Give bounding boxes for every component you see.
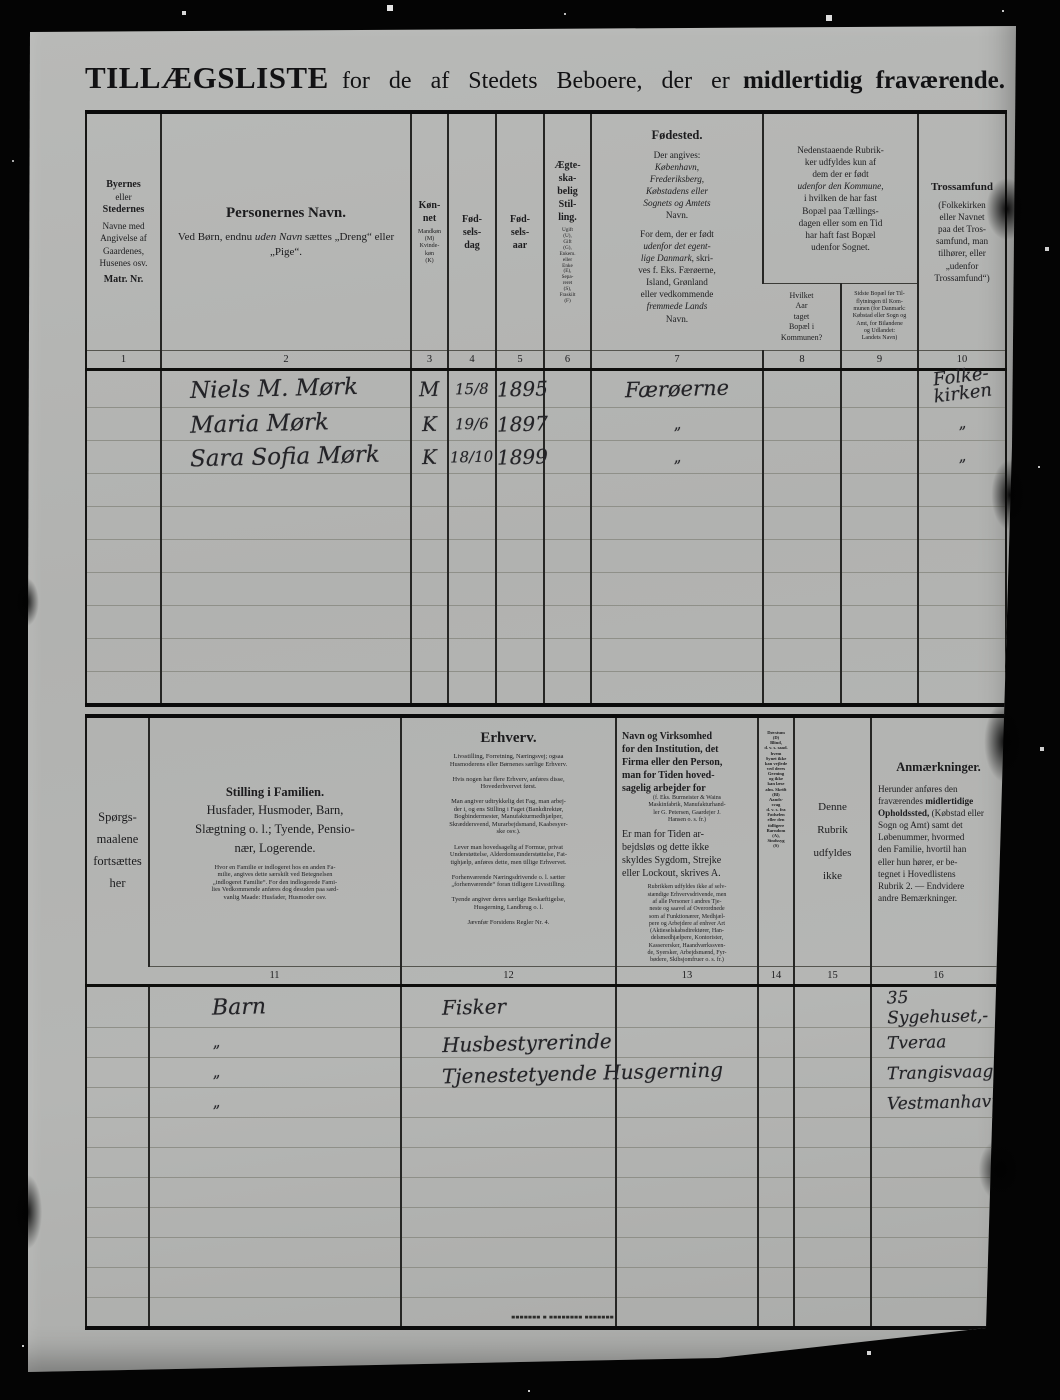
table-row: [86, 507, 1006, 540]
scan-smudge: [984, 446, 1036, 544]
cell-status: [544, 474, 591, 507]
cell-family: [149, 1118, 401, 1148]
scan-smudge: [6, 1160, 48, 1264]
cell-employer: [616, 986, 758, 1028]
cell-denomination: „: [918, 408, 1006, 441]
title-tail: midlertidig fraværende.: [743, 67, 1005, 95]
table-row: Maria MørkK19/61897„„: [86, 408, 1006, 441]
cell-day: [448, 474, 496, 507]
cell-family: „: [149, 1058, 401, 1088]
cell-employer: [616, 1088, 758, 1118]
cell-day: [448, 606, 496, 639]
cell-year: [496, 507, 544, 540]
cell-day: [448, 672, 496, 705]
cell-status: [544, 441, 591, 474]
cell-family: [149, 1298, 401, 1328]
col-num: 4: [448, 351, 496, 370]
cell-remarks: Vestmanhavn: [871, 1088, 1006, 1118]
col-header-last-residence: Sidste Bopæl før Til- flytningen til Kom…: [841, 284, 918, 351]
cell-blank: [794, 1028, 871, 1058]
cell-name: [161, 606, 411, 639]
col-header-sex: Køn- net Mandkøn (M) Kvinde- køn (K): [411, 112, 448, 351]
cell-family: „: [149, 1028, 401, 1058]
cell-year_moved: [763, 474, 841, 507]
cell-matr: [86, 672, 161, 705]
col-num: 12: [401, 967, 616, 986]
cell-name: Maria Mørk: [161, 408, 411, 441]
cell-occupation: Fisker: [401, 986, 616, 1028]
table-row: [86, 1148, 1006, 1178]
col-num: 15: [794, 967, 871, 986]
cell-year_moved: [763, 507, 841, 540]
cell-denomination: [918, 573, 1006, 606]
table-row: [86, 1268, 1006, 1298]
cell-spacer: [86, 1298, 149, 1328]
handwritten-entry: Fisker: [442, 994, 507, 1020]
cell-year_moved: [763, 540, 841, 573]
cell-employer: [616, 1148, 758, 1178]
column-numbers-row: 11 12 13 14 15 16: [86, 967, 1006, 986]
cell-birthplace: [591, 540, 763, 573]
table-row: [86, 639, 1006, 672]
col-num: 11: [149, 967, 401, 986]
cell-disability: [758, 1118, 794, 1148]
cell-birthplace: [591, 573, 763, 606]
scan-smudge: [976, 686, 1034, 798]
cell-spacer: [86, 1118, 149, 1148]
col-header-birthyear: Fød- sels- aar: [496, 112, 544, 351]
handwritten-entry: 19/6: [455, 414, 489, 433]
cell-day: [448, 573, 496, 606]
col-header-marital-status: Ægte- ska- belig Stil- ling. Ugift (U), …: [544, 112, 591, 351]
handwritten-entry: Folke- kirken: [931, 365, 993, 406]
continuation-table: Spørgs- maalene fortsættes her Stilling …: [85, 714, 1007, 1330]
cell-spacer: [86, 1178, 149, 1208]
handwritten-entry: Husbestyrerinde: [442, 1028, 612, 1056]
cell-birthplace: [591, 639, 763, 672]
cell-spacer: [86, 1268, 149, 1298]
table-row: BarnFisker35 Sygehuset,-: [86, 986, 1006, 1028]
cell-matr: [86, 540, 161, 573]
cell-disability: [758, 986, 794, 1028]
col-num: 13: [616, 967, 758, 986]
col-num: 5: [496, 351, 544, 370]
cell-last_residence: [841, 540, 918, 573]
cell-sex: [411, 507, 448, 540]
cell-employer: [616, 1208, 758, 1238]
cell-name: [161, 672, 411, 705]
cell-matr: [86, 573, 161, 606]
cell-occupation: Tjenestetyende Husgerning: [401, 1058, 616, 1088]
table-row: [86, 474, 1006, 507]
cell-spacer: [86, 1208, 149, 1238]
cell-status: [544, 540, 591, 573]
col-header-year-moved: Hvilket Aar taget Bopæl i Kommunen?: [763, 284, 841, 351]
continuation-table-body: BarnFisker35 Sygehuset,-„Husbestyrerinde…: [86, 986, 1006, 1328]
col-num: 14: [758, 967, 794, 986]
cell-denomination: [918, 540, 1006, 573]
handwritten-entry: 1899: [497, 444, 548, 469]
cell-blank: [794, 1118, 871, 1148]
cell-last_residence: [841, 606, 918, 639]
page-title: TILLÆGSLISTE for de af Stedets Beboere, …: [85, 60, 1005, 96]
title-middle: for de af Stedets Beboere, der er: [342, 68, 730, 95]
handwritten-entry: Niels M. Mørk: [190, 374, 359, 404]
cell-remarks: [871, 1268, 1006, 1298]
cell-matr: [86, 474, 161, 507]
printer-imprint: ▄▄▄▄▄▄▄ ▄ ▄▄▄▄▄▄▄▄ ▄▄▄▄▄▄▄: [478, 1313, 648, 1318]
handwritten-entry: Tveraa: [887, 1032, 947, 1053]
cell-spacer: [86, 1148, 149, 1178]
table-row: „HusbestyrerindeTveraa: [86, 1028, 1006, 1058]
cell-spacer: [86, 1058, 149, 1088]
cell-name: [161, 474, 411, 507]
cell-spacer: [86, 1028, 149, 1058]
cell-last_residence: [841, 441, 918, 474]
cell-spacer: [86, 986, 149, 1028]
handwritten-entry: 35 Sygehuset,-: [887, 986, 1006, 1029]
cell-year_moved: [763, 606, 841, 639]
cell-disability: [758, 1088, 794, 1118]
table-row: [86, 606, 1006, 639]
cell-occupation: [401, 1178, 616, 1208]
cell-birthplace: Færøerne: [591, 370, 763, 408]
table-row: „Vestmanhavn: [86, 1088, 1006, 1118]
cell-name: [161, 540, 411, 573]
col-header-birthday: Fød- sels- dag: [448, 112, 496, 351]
cell-birthplace: [591, 507, 763, 540]
cell-blank: [794, 1208, 871, 1238]
dust-specks: [0, 0, 2, 2]
title-lead: TILLÆGSLISTE: [85, 60, 329, 96]
handwritten-entry: Barn: [212, 994, 267, 1020]
cell-disability: [758, 1298, 794, 1328]
table-row: „Tjenestetyende HusgerningTrangisvaag: [86, 1058, 1006, 1088]
cell-family: [149, 1148, 401, 1178]
cell-year_moved: [763, 672, 841, 705]
cell-status: [544, 573, 591, 606]
cell-employer: [616, 1118, 758, 1148]
cell-sex: [411, 474, 448, 507]
handwritten-entry: 15/8: [455, 379, 489, 398]
cell-denomination: [918, 606, 1006, 639]
handwritten-entry: Trangisvaag: [887, 1061, 994, 1084]
cell-year: [496, 606, 544, 639]
table-row: [86, 573, 1006, 606]
handwritten-entry: „: [672, 447, 682, 466]
handwritten-entry: „: [211, 1093, 221, 1112]
table-row: [86, 1178, 1006, 1208]
cell-last_residence: [841, 507, 918, 540]
handwritten-entry: Sara Sofia Mørk: [190, 442, 380, 473]
cell-sex: [411, 606, 448, 639]
scanned-census-page: TILLÆGSLISTE for de af Stedets Beboere, …: [28, 26, 1018, 1374]
persons-table: Byernes eller Stedernes Navne med Angive…: [85, 110, 1007, 707]
cell-matr: [86, 441, 161, 474]
cell-family: Barn: [149, 986, 401, 1028]
cell-year: [496, 639, 544, 672]
cell-year: [496, 474, 544, 507]
cell-sex: K: [411, 408, 448, 441]
cell-employer: [616, 1238, 758, 1268]
handwritten-entry: 1897: [497, 411, 548, 436]
cell-matr: [86, 408, 161, 441]
table-row: [86, 1208, 1006, 1238]
handwritten-entry: „: [211, 1033, 221, 1052]
cell-employer: [616, 1178, 758, 1208]
handwritten-entry: 1895: [497, 376, 548, 401]
col-num: 6: [544, 351, 591, 370]
cell-occupation: [401, 1088, 616, 1118]
scan-smudge: [978, 166, 1036, 252]
cell-name: [161, 507, 411, 540]
cell-year_moved: [763, 370, 841, 408]
cell-blank: [794, 1148, 871, 1178]
cell-year: [496, 573, 544, 606]
cell-status: [544, 507, 591, 540]
table-row: Niels M. MørkM15/81895FærøerneFolke- kir…: [86, 370, 1006, 408]
cell-sex: M: [411, 370, 448, 408]
cell-birthplace: [591, 606, 763, 639]
cell-sex: K: [411, 441, 448, 474]
cell-blank: [794, 986, 871, 1028]
table-row: Sara Sofia MørkK18/101899„„: [86, 441, 1006, 474]
cell-day: [448, 540, 496, 573]
cell-remarks: Tveraa: [871, 1028, 1006, 1058]
table-row: [86, 1118, 1006, 1148]
cell-remarks: [871, 1238, 1006, 1268]
cell-year_moved: [763, 639, 841, 672]
cell-status: [544, 370, 591, 408]
cell-blank: [794, 1058, 871, 1088]
cell-name: Niels M. Mørk: [161, 370, 411, 408]
cell-matr: [86, 507, 161, 540]
col-header-place: Byernes eller Stedernes Navne med Angive…: [86, 112, 161, 351]
table-row: [86, 540, 1006, 573]
cell-blank: [794, 1178, 871, 1208]
cell-day: 15/8: [448, 370, 496, 408]
cell-disability: [758, 1148, 794, 1178]
cell-sex: [411, 639, 448, 672]
cell-disability: [758, 1268, 794, 1298]
col-num: 2: [161, 351, 411, 370]
table-row: [86, 1238, 1006, 1268]
scan-smudge: [970, 1126, 1032, 1214]
col-header-birthplace: Fødested. Der angives: København, Freder…: [591, 112, 763, 351]
cell-blank: [794, 1298, 871, 1328]
handwritten-entry: M: [419, 377, 440, 401]
cell-last_residence: [841, 573, 918, 606]
cell-last_residence: [841, 370, 918, 408]
cell-year: 1899: [496, 441, 544, 474]
cell-denomination: Folke- kirken: [918, 370, 1006, 408]
table-row: [86, 672, 1006, 705]
cell-occupation: [401, 1268, 616, 1298]
cell-year_moved: [763, 441, 841, 474]
cell-remarks: [871, 1298, 1006, 1328]
continuation-label: Spørgs- maalene fortsættes her: [86, 716, 149, 986]
cell-last_residence: [841, 408, 918, 441]
handwritten-entry: 18/10: [450, 447, 494, 466]
cell-birthplace: [591, 474, 763, 507]
cell-remarks: [871, 1208, 1006, 1238]
handwritten-entry: K: [422, 412, 438, 436]
cell-sex: [411, 540, 448, 573]
cell-matr: [86, 639, 161, 672]
handwritten-entry: „: [957, 449, 967, 464]
cell-remarks: Trangisvaag: [871, 1058, 1006, 1088]
cell-disability: [758, 1058, 794, 1088]
cell-year: 1895: [496, 370, 544, 408]
col-num: 7: [591, 351, 763, 370]
cell-last_residence: [841, 672, 918, 705]
cell-name: [161, 639, 411, 672]
persons-table-body: Niels M. MørkM15/81895FærøerneFolke- kir…: [86, 370, 1006, 705]
cell-year_moved: [763, 573, 841, 606]
handwritten-entry: „: [957, 416, 967, 431]
col-num: 1: [86, 351, 161, 370]
cell-disability: [758, 1238, 794, 1268]
handwritten-entry: „: [672, 414, 682, 433]
cell-matr: [86, 370, 161, 408]
cell-year_moved: [763, 408, 841, 441]
handwritten-entry: „: [211, 1063, 221, 1082]
handwritten-entry: Maria Mørk: [190, 409, 330, 438]
cell-denomination: [918, 639, 1006, 672]
cell-occupation: [401, 1238, 616, 1268]
handwritten-entry: K: [422, 445, 438, 469]
cell-last_residence: [841, 639, 918, 672]
cell-family: [149, 1178, 401, 1208]
cell-family: [149, 1238, 401, 1268]
cell-disability: [758, 1028, 794, 1058]
scan-smudge: [8, 568, 44, 636]
col-header-blank-rubric: Denne Rubrik udfyldes ikke: [794, 716, 871, 967]
cell-employer: [616, 1268, 758, 1298]
cell-year: [496, 672, 544, 705]
cell-employer: [616, 1028, 758, 1058]
col-header-name: Personernes Navn. Ved Børn, endnu uden N…: [161, 112, 411, 351]
cell-blank: [794, 1268, 871, 1298]
col-header-employer: Navn og Virksomhed for den Institution, …: [616, 716, 758, 967]
cell-occupation: [401, 1148, 616, 1178]
cell-spacer: [86, 1238, 149, 1268]
cell-disability: [758, 1208, 794, 1238]
col-header-disability: Døvstum (D) Blind, d. v. s. saad. hvem S…: [758, 716, 794, 967]
cell-sex: [411, 573, 448, 606]
cell-remarks: 35 Sygehuset,-: [871, 986, 1006, 1028]
handwritten-entry: Færøerne: [625, 376, 730, 403]
cell-sex: [411, 672, 448, 705]
cell-status: [544, 639, 591, 672]
cell-day: [448, 507, 496, 540]
cell-spacer: [86, 1088, 149, 1118]
cell-family: [149, 1208, 401, 1238]
cell-status: [544, 606, 591, 639]
cell-blank: [794, 1238, 871, 1268]
cell-status: [544, 672, 591, 705]
cell-occupation: [401, 1118, 616, 1148]
cell-family: [149, 1268, 401, 1298]
column-numbers-row: 1 2 3 4 5 6 7 8 9 10: [86, 351, 1006, 370]
handwritten-entry: Vestmanhavn: [887, 1091, 1003, 1114]
col-header-occupation: Erhverv. Livsstilling, Forretning, Nærin…: [401, 716, 616, 967]
col-num: 16: [871, 967, 1006, 986]
col-num: 8: [763, 351, 841, 370]
cell-status: [544, 408, 591, 441]
cell-occupation: Husbestyrerinde: [401, 1028, 616, 1058]
cell-birthplace: [591, 672, 763, 705]
cell-matr: [86, 606, 161, 639]
col-header-family-position: Stilling i Familien. Husfader, Husmoder,…: [149, 716, 401, 967]
cell-day: 19/6: [448, 408, 496, 441]
cell-name: Sara Sofia Mørk: [161, 441, 411, 474]
col-header-moved-note: Nedenstaaende Rubrik- ker udfyldes kun a…: [763, 112, 918, 284]
cell-birthplace: „: [591, 408, 763, 441]
cell-day: [448, 639, 496, 672]
cell-day: 18/10: [448, 441, 496, 474]
cell-year: [496, 540, 544, 573]
cell-family: „: [149, 1088, 401, 1118]
col-num: 3: [411, 351, 448, 370]
cell-disability: [758, 1178, 794, 1208]
cell-occupation: [401, 1208, 616, 1238]
cell-year: 1897: [496, 408, 544, 441]
cell-birthplace: „: [591, 441, 763, 474]
cell-last_residence: [841, 474, 918, 507]
cell-name: [161, 573, 411, 606]
cell-blank: [794, 1088, 871, 1118]
col-num: 9: [841, 351, 918, 370]
